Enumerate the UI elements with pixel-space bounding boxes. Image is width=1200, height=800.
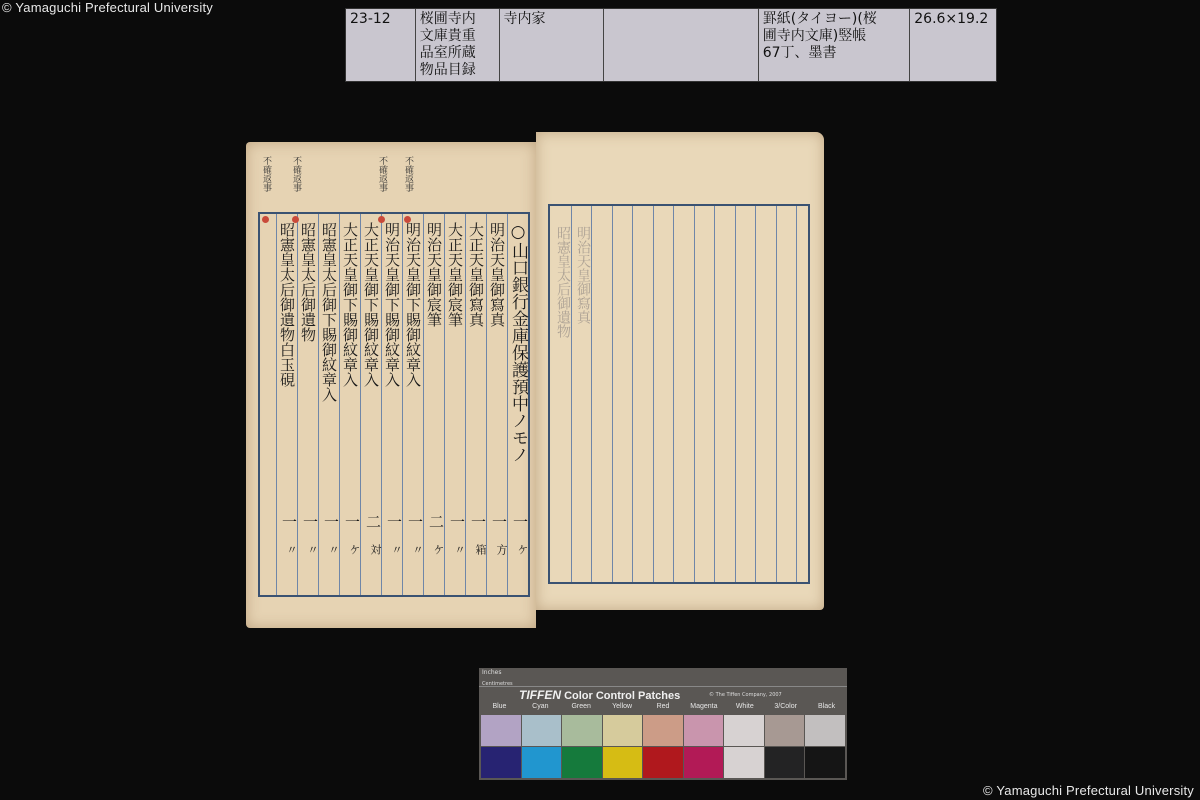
color-control-chart: Inches Centimetres TIFFEN Color Control …	[479, 668, 847, 780]
red-seal-mark	[292, 216, 299, 223]
patch-labels: BlueCyanGreenYellowRedMagentaWhite3/Colo…	[479, 703, 847, 710]
bleed-through-text: 昭憲皇太后御遺物	[553, 226, 573, 338]
chart-brand: TIFFEN	[519, 688, 561, 702]
ruler: Inches	[479, 668, 847, 687]
item-count: 一	[510, 514, 530, 529]
patch-label: Magenta	[683, 703, 724, 710]
item-unit: 箱	[470, 544, 490, 555]
ruled-line	[755, 206, 756, 582]
item-unit: 〃	[302, 544, 322, 555]
color-patch-green	[562, 747, 602, 778]
red-seal-mark	[378, 216, 385, 223]
ruled-line	[612, 206, 613, 582]
chart-title: TIFFEN Color Control Patches	[519, 688, 680, 702]
color-patches	[481, 715, 845, 778]
handwritten-entry: 明治天皇御下賜御紋章入	[382, 222, 402, 387]
catalog-label: 23-12桜圃寺内 文庫貴重 品室所蔵 物品目録寺内家罫紙(タイヨー)(桜 圃寺…	[345, 8, 997, 82]
handwritten-entry: 大正天皇御下賜御紋章入	[361, 222, 381, 387]
patch-label: Black	[806, 703, 847, 710]
item-unit: ケ	[512, 544, 532, 555]
patch-label: Red	[643, 703, 684, 710]
handwritten-entry: 大正天皇御下賜御紋章入	[340, 222, 360, 387]
bleed-through-text: 明治天皇御寫真	[573, 226, 593, 324]
patch-label: White	[724, 703, 765, 710]
color-patch-blue	[481, 715, 521, 746]
margin-note: 不確返事	[260, 156, 273, 192]
handwritten-entry: 明治天皇御宸筆	[424, 222, 444, 327]
color-patch-red	[643, 715, 683, 746]
handwritten-entry: 大正天皇御寫真	[466, 222, 486, 327]
item-unit: 〃	[281, 544, 301, 555]
item-unit: 対	[365, 544, 385, 555]
watermark-bottom: © Yamaguchi Prefectural University	[983, 783, 1194, 798]
handwritten-entry: ○山口銀行金庫保護預中ノモノ	[508, 222, 528, 463]
patch-label: 3/Color	[765, 703, 806, 710]
patch-label: Blue	[479, 703, 520, 710]
handwritten-entry: 明治天皇御寫真	[487, 222, 507, 327]
ruled-line	[776, 206, 777, 582]
ruled-line	[694, 206, 695, 582]
ruled-line	[653, 206, 654, 582]
margin-note: 不確返事	[402, 156, 415, 192]
left-page-frame: ○山口銀行金庫保護預中ノモノ一ケ明治天皇御寫真一方大正天皇御寫真一箱大正天皇御宸…	[258, 212, 530, 597]
color-patch-white	[724, 715, 764, 746]
item-unit: ケ	[344, 544, 364, 555]
item-count: 一	[447, 514, 467, 529]
right-page: 昭憲皇太后御遺物明治天皇御寫真	[536, 132, 824, 610]
color-patch-blue	[481, 747, 521, 778]
item-count: 一	[300, 514, 320, 529]
label-cell	[604, 9, 759, 81]
red-seal-mark	[262, 216, 269, 223]
label-cell: 26.6×19.2	[910, 9, 996, 81]
item-unit: 〃	[323, 544, 343, 555]
patch-label: Yellow	[602, 703, 643, 710]
color-patch-black	[805, 747, 845, 778]
margin-note: 不確返事	[290, 156, 303, 192]
margin-note: 不確返事	[376, 156, 389, 192]
handwritten-entry: 昭憲皇太后御遺物白玉硯	[277, 222, 297, 387]
item-unit: 方	[491, 544, 511, 555]
item-count: 二	[363, 514, 383, 529]
patch-label: Cyan	[520, 703, 561, 710]
chart-copyright: © The Tiffen Company, 2007	[709, 692, 782, 698]
item-unit: 〃	[407, 544, 427, 555]
item-count: 一	[405, 514, 425, 529]
open-book: ○山口銀行金庫保護預中ノモノ一ケ明治天皇御寫真一方大正天皇御寫真一箱大正天皇御宸…	[246, 132, 824, 628]
color-patch-yellow	[603, 715, 643, 746]
ruled-line	[632, 206, 633, 582]
ruled-line	[673, 206, 674, 582]
color-patch-magenta	[684, 747, 724, 778]
color-patch-red	[643, 747, 683, 778]
color-patch-green	[562, 715, 602, 746]
item-count: 一	[468, 514, 488, 529]
handwritten-entry: 明治天皇御下賜御紋章入	[403, 222, 423, 387]
label-cell: 寺内家	[500, 9, 605, 81]
color-patch-3-color	[765, 715, 805, 746]
handwritten-entry: 昭憲皇太后御下賜御紋章入	[319, 222, 339, 402]
left-page: ○山口銀行金庫保護預中ノモノ一ケ明治天皇御寫真一方大正天皇御寫真一箱大正天皇御宸…	[246, 142, 536, 628]
label-cell: 罫紙(タイヨー)(桜 圃寺内文庫)竪帳 67丁、墨書	[759, 9, 911, 81]
handwritten-entry: 大正天皇御宸筆	[445, 222, 465, 327]
item-count: 一	[384, 514, 404, 529]
red-seal-mark	[404, 216, 411, 223]
item-count: 二	[426, 514, 446, 529]
color-patch-white	[724, 747, 764, 778]
item-count: 一	[342, 514, 362, 529]
item-count: 一	[321, 514, 341, 529]
color-patch-3-color	[765, 747, 805, 778]
item-count: 一	[489, 514, 509, 529]
ruler-inches-label: Inches	[482, 669, 502, 676]
ruled-line	[714, 206, 715, 582]
item-unit: 〃	[386, 544, 406, 555]
ruled-line	[796, 206, 797, 582]
color-patch-magenta	[684, 715, 724, 746]
color-patch-black	[805, 715, 845, 746]
item-unit: ケ	[428, 544, 448, 555]
item-unit: 〃	[449, 544, 469, 555]
color-patch-cyan	[522, 715, 562, 746]
item-count: 一	[279, 514, 299, 529]
watermark-top: © Yamaguchi Prefectural University	[2, 0, 213, 15]
color-patch-cyan	[522, 747, 562, 778]
ruled-line	[735, 206, 736, 582]
color-patch-yellow	[603, 747, 643, 778]
label-cell: 桜圃寺内 文庫貴重 品室所蔵 物品目録	[416, 9, 500, 81]
handwritten-entry: 昭憲皇太后御遺物	[298, 222, 318, 342]
right-page-frame: 昭憲皇太后御遺物明治天皇御寫真	[548, 204, 810, 584]
chart-title-text: Color Control Patches	[564, 690, 680, 702]
patch-label: Green	[561, 703, 602, 710]
label-cell: 23-12	[346, 9, 416, 81]
ruler-cm-label: Centimetres	[482, 681, 513, 687]
